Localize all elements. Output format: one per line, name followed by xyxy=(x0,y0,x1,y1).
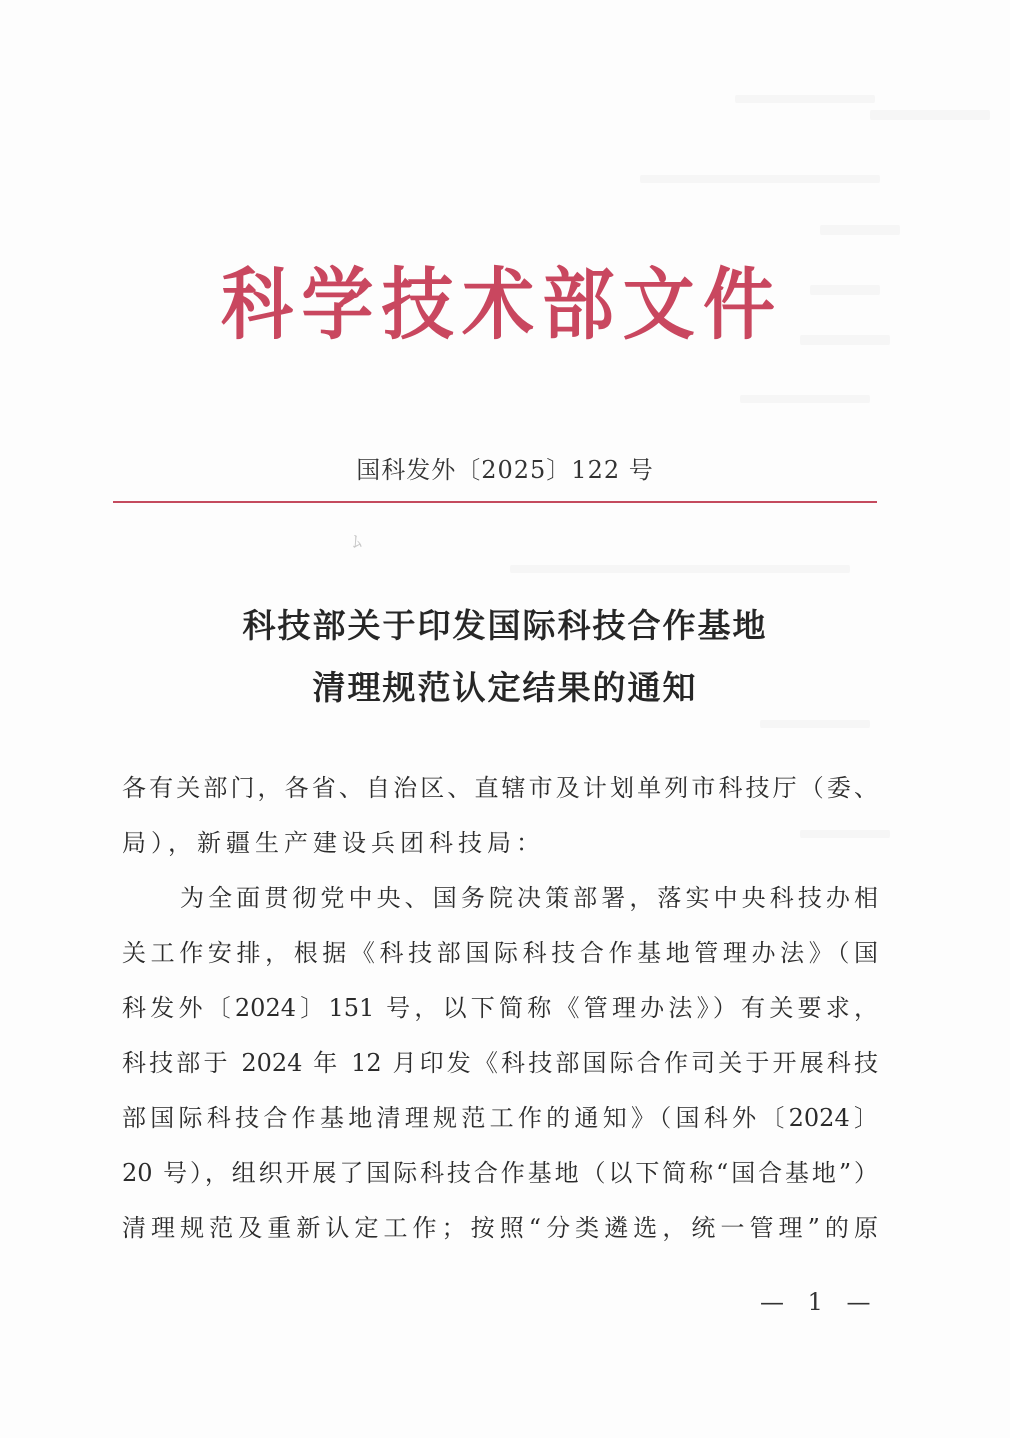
paragraph-line: 部国际科技合作基地清理规范工作的通知》（国科外〔2024〕 xyxy=(122,1098,878,1153)
paragraph-line: 清理规范及重新认定工作；按照“分类遴选，统一管理”的原 xyxy=(122,1208,878,1263)
document-page: 科 学 技 术 部 文 件 国科发外〔2025〕122 号 ﾑ 科技部关于印发国… xyxy=(0,0,1010,1438)
paragraph-line: 为全面贯彻党中央、国务院决策部署，落实中央科技办相 xyxy=(122,878,878,933)
document-number: 国科发外〔2025〕122 号 xyxy=(0,450,1010,485)
show-through-artifact xyxy=(735,95,875,103)
masthead-char: 技 xyxy=(379,242,457,354)
show-through-artifact xyxy=(810,285,880,295)
document-body: 各有关部门，各省、自治区、直辖市及计划单列市科技厅（委、 局），新疆生产建设兵团… xyxy=(122,768,878,1263)
addressee-line: 各有关部门，各省、自治区、直辖市及计划单列市科技厅（委、 xyxy=(122,768,878,823)
masthead-char: 部 xyxy=(539,242,617,354)
masthead-char: 科 xyxy=(218,242,296,354)
paragraph-line: 科技部于 2024 年 12 月印发《科技部国际合作司关于开展科技 xyxy=(122,1043,878,1098)
pencil-mark: ﾑ xyxy=(350,527,363,554)
masthead-char: 术 xyxy=(459,242,537,354)
show-through-artifact xyxy=(870,110,990,120)
show-through-artifact xyxy=(510,565,850,573)
document-title-line-2: 清理规范认定结果的通知 xyxy=(0,662,1010,709)
masthead-char: 学 xyxy=(298,242,376,354)
show-through-artifact xyxy=(740,395,870,403)
paragraph-line: 关工作安排，根据《科技部国际科技合作基地管理办法》（国 xyxy=(122,933,878,988)
paragraph-line: 20 号），组织开展了国际科技合作基地（以下简称“国合基地”） xyxy=(122,1153,878,1208)
red-separator-line xyxy=(113,501,877,503)
show-through-artifact xyxy=(640,175,880,183)
show-through-artifact xyxy=(800,335,890,345)
page-number: — 1 — xyxy=(760,1288,879,1316)
document-title-line-1: 科技部关于印发国际科技合作基地 xyxy=(0,600,1010,647)
masthead-title: 科 学 技 术 部 文 件 xyxy=(218,248,778,347)
masthead-char: 件 xyxy=(700,242,778,354)
masthead-char: 文 xyxy=(620,242,698,354)
addressee-line: 局），新疆生产建设兵团科技局： xyxy=(122,823,878,878)
show-through-artifact xyxy=(760,720,870,728)
show-through-artifact xyxy=(820,225,900,235)
paragraph-line: 科发外〔2024〕151 号，以下简称《管理办法》）有关要求， xyxy=(122,988,878,1043)
